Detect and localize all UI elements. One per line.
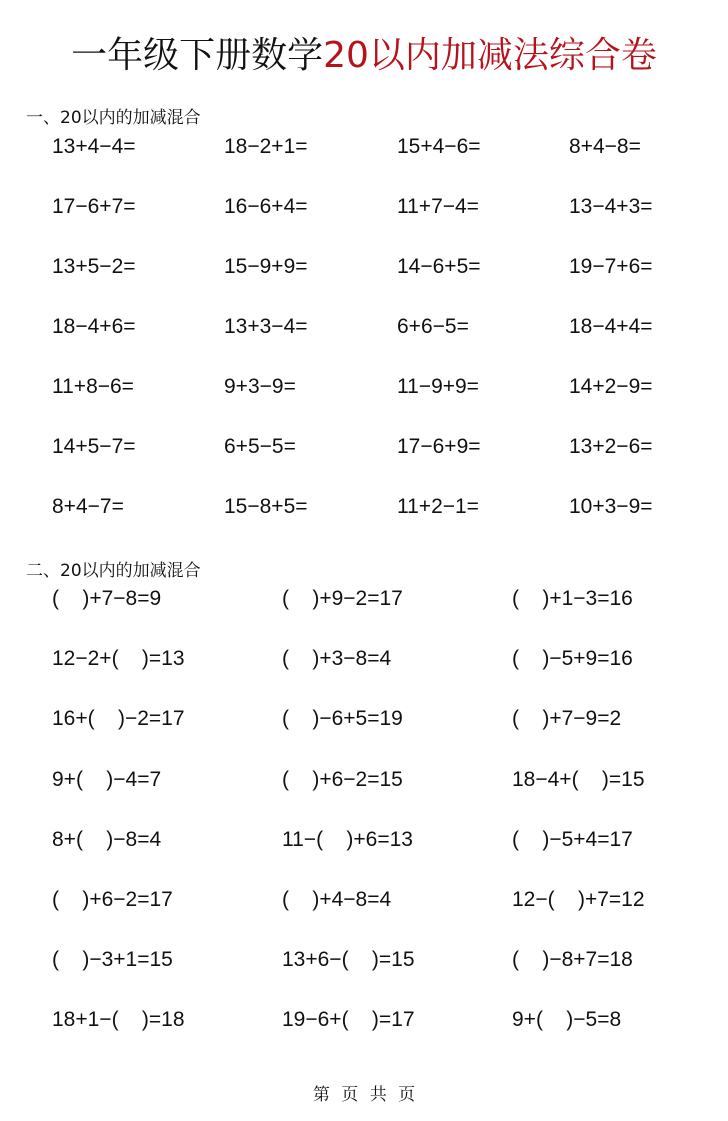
fill-blank-problem: 18−4+( )=15 <box>512 766 645 794</box>
problem-row: ( )+7−8=9 ( )+9−2=17 ( )+1−3=16 <box>52 585 712 645</box>
fill-blank-problem: 9+( )−4=7 <box>52 766 161 794</box>
problem: 9+3−9= <box>224 373 296 401</box>
problem-row: 17−6+7= 16−6+4= 11+7−4= 13−4+3= <box>52 193 712 253</box>
problem: 6+6−5= <box>397 313 469 341</box>
fill-blank-problem: 11−( )+6=13 <box>282 826 413 854</box>
fill-blank-problem: ( )+1−3=16 <box>512 585 633 613</box>
problem: 14−6+5= <box>397 253 481 281</box>
fill-blank-problem: 19−6+( )=17 <box>282 1006 415 1034</box>
fill-blank-problem: ( )+6−2=15 <box>282 766 403 794</box>
problem: 14+2−9= <box>569 373 653 401</box>
problem-row: 12−2+( )=13 ( )+3−8=4 ( )−5+9=16 <box>52 645 712 705</box>
problem-row: 16+( )−2=17 ( )−6+5=19 ( )+7−9=2 <box>52 705 712 765</box>
fill-blank-problem: ( )+9−2=17 <box>282 585 403 613</box>
problem: 13+3−4= <box>224 313 308 341</box>
problem: 15+4−6= <box>397 133 481 161</box>
problem: 8+4−8= <box>569 133 641 161</box>
problem: 11+8−6= <box>52 373 134 401</box>
fill-blank-problem: 13+6−( )=15 <box>282 946 415 974</box>
problem-row: 18+1−( )=18 19−6+( )=17 9+( )−5=8 <box>52 1006 712 1066</box>
page-title: 一年级下册数学20以内加减法综合卷 <box>0 32 728 80</box>
fill-blank-problem: ( )−5+9=16 <box>512 645 633 673</box>
problem: 13−4+3= <box>569 193 653 221</box>
problem-row: 18−4+6= 13+3−4= 6+6−5= 18−4+4= <box>52 313 712 373</box>
problem: 6+5−5= <box>224 433 296 461</box>
section-2-problems: ( )+7−8=9 ( )+9−2=17 ( )+1−3=16 12−2+( )… <box>52 585 712 1067</box>
section-1-heading: 一、20以内的加减混合 <box>26 108 201 128</box>
problem: 14+5−7= <box>52 433 136 461</box>
fill-blank-problem: 12−2+( )=13 <box>52 645 185 673</box>
section-1-problems: 13+4−4= 18−2+1= 15+4−6= 8+4−8= 17−6+7= 1… <box>52 133 712 553</box>
fill-blank-problem: 16+( )−2=17 <box>52 705 185 733</box>
problem: 18−4+4= <box>569 313 653 341</box>
problem-row: 9+( )−4=7 ( )+6−2=15 18−4+( )=15 <box>52 766 712 826</box>
title-topic-part: 20以内加减法综合卷 <box>323 35 657 76</box>
problem: 18−2+1= <box>224 133 308 161</box>
problem-row: 13+4−4= 18−2+1= 15+4−6= 8+4−8= <box>52 133 712 193</box>
problem: 13+2−6= <box>569 433 653 461</box>
fill-blank-problem: ( )−6+5=19 <box>282 705 403 733</box>
fill-blank-problem: ( )−8+7=18 <box>512 946 633 974</box>
problem: 11+2−1= <box>397 493 479 521</box>
problem: 19−7+6= <box>569 253 653 281</box>
problem: 17−6+7= <box>52 193 136 221</box>
problem: 15−8+5= <box>224 493 308 521</box>
fill-blank-problem: ( )+7−9=2 <box>512 705 621 733</box>
problem-row: 13+5−2= 15−9+9= 14−6+5= 19−7+6= <box>52 253 712 313</box>
fill-blank-problem: 12−( )+7=12 <box>512 886 645 914</box>
page-number-footer: 第 页 共 页 <box>0 1084 728 1106</box>
problem: 15−9+9= <box>224 253 308 281</box>
problem: 10+3−9= <box>569 493 653 521</box>
problem: 16−6+4= <box>224 193 308 221</box>
fill-blank-problem: 8+( )−8=4 <box>52 826 161 854</box>
problem: 11+7−4= <box>397 193 479 221</box>
fill-blank-problem: ( )−5+4=17 <box>512 826 633 854</box>
problem-row: 11+8−6= 9+3−9= 11−9+9= 14+2−9= <box>52 373 712 433</box>
fill-blank-problem: ( )+6−2=17 <box>52 886 173 914</box>
problem-row: ( )−3+1=15 13+6−( )=15 ( )−8+7=18 <box>52 946 712 1006</box>
fill-blank-problem: ( )+7−8=9 <box>52 585 161 613</box>
problem: 11−9+9= <box>397 373 479 401</box>
problem-row: 14+5−7= 6+5−5= 17−6+9= 13+2−6= <box>52 433 712 493</box>
problem: 18−4+6= <box>52 313 136 341</box>
problem: 13+5−2= <box>52 253 136 281</box>
problem: 17−6+9= <box>397 433 481 461</box>
problem: 13+4−4= <box>52 133 136 161</box>
fill-blank-problem: 9+( )−5=8 <box>512 1006 621 1034</box>
fill-blank-problem: ( )−3+1=15 <box>52 946 173 974</box>
fill-blank-problem: ( )+3−8=4 <box>282 645 391 673</box>
section-2-heading: 二、20以内的加减混合 <box>26 561 201 581</box>
title-grade-part: 一年级下册数学 <box>71 35 323 76</box>
problem: 8+4−7= <box>52 493 124 521</box>
problem-row: ( )+6−2=17 ( )+4−8=4 12−( )+7=12 <box>52 886 712 946</box>
problem-row: 8+4−7= 15−8+5= 11+2−1= 10+3−9= <box>52 493 712 553</box>
fill-blank-problem: 18+1−( )=18 <box>52 1006 185 1034</box>
problem-row: 8+( )−8=4 11−( )+6=13 ( )−5+4=17 <box>52 826 712 886</box>
fill-blank-problem: ( )+4−8=4 <box>282 886 391 914</box>
